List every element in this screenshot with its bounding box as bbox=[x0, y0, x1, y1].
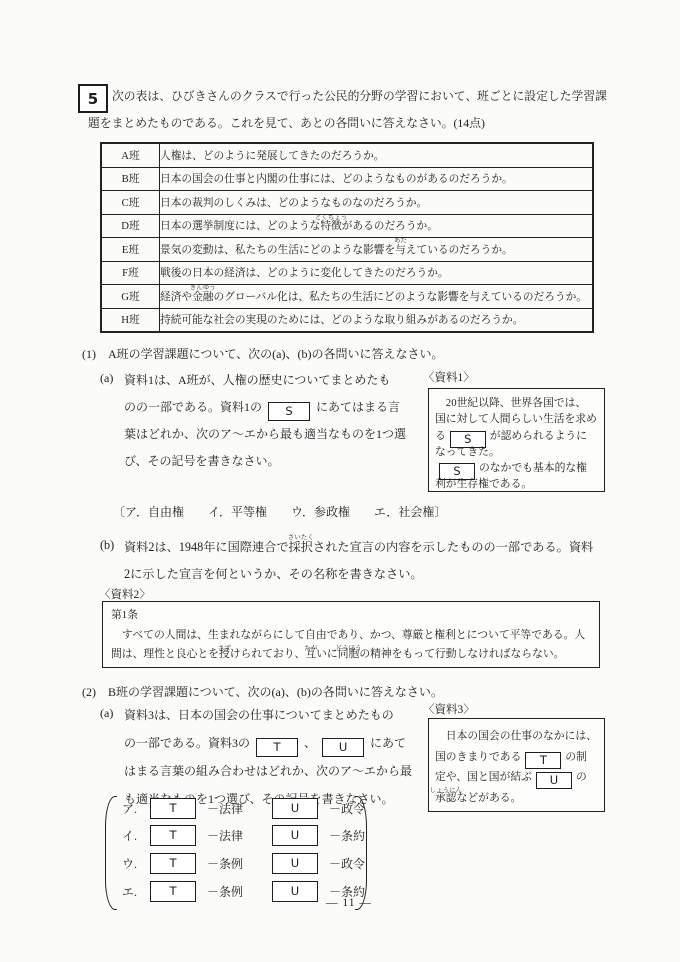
q1-heading: (1) A班の学習課題について、次の(a)、(b)の各問いに答えなさい。 bbox=[82, 345, 444, 362]
answer-letter-box: T bbox=[256, 738, 298, 757]
shiryo3-label: 〈資料3〉 bbox=[423, 701, 475, 717]
answer-letter-box-u: U bbox=[272, 825, 318, 846]
furigana: あた bbox=[394, 235, 407, 244]
shiryo3-line2: 国のきまりであるTの制 bbox=[435, 747, 598, 768]
topic-cell: 日本の裁判のしくみは、どのようなものなのだろうか。 bbox=[160, 191, 594, 215]
table-row: F班戦後の日本の経済は、どのように変化してきたのだろうか。 bbox=[101, 261, 593, 285]
q2-heading: (2) B班の学習課題について、次の(a)、(b)の各問いに答えなさい。 bbox=[82, 683, 443, 700]
answer-letter-box: S bbox=[268, 402, 310, 421]
answer-letter-box-u: U bbox=[272, 798, 318, 819]
ruby-text: 特徴とくちょう bbox=[320, 218, 341, 233]
question-number-box: 5 bbox=[78, 84, 108, 113]
page-number: — 11 — bbox=[326, 897, 372, 909]
study-topics-table: A班人権は、どのように発展してきたのだろうか。 B班日本の国会の仕事と内閣の仕事… bbox=[100, 142, 594, 333]
table-row: D班日本の選挙制度には、どのような特徴とくちょうがあるのだろうか。 bbox=[101, 214, 593, 238]
choice-label: エ. bbox=[122, 883, 137, 900]
choice-t-text: －条例 bbox=[207, 883, 243, 900]
shiryo2-line3: 間は、理性と良心とを授さずけられており、互たがいに同胞どうほうの精神をもって行動… bbox=[111, 645, 591, 665]
group-cell: G班 bbox=[101, 285, 160, 309]
furigana: しょうにん bbox=[430, 781, 463, 802]
choice-row-a: ア. T －法律 U －政令 bbox=[105, 798, 367, 822]
shiryo1-label: 〈資料1〉 bbox=[423, 369, 475, 385]
choice-u-text: －政令 bbox=[329, 855, 365, 872]
group-cell: E班 bbox=[101, 238, 160, 262]
ruby-text: 互たが bbox=[305, 645, 316, 665]
choice-u-text: －条約 bbox=[329, 827, 365, 844]
shiryo3-box: 日本の国会の仕事のなかには、 国のきまりであるTの制 定や、国と国が結ぶUの 承… bbox=[428, 718, 605, 812]
group-cell: F班 bbox=[101, 261, 160, 285]
choice-t-text: －法律 bbox=[207, 827, 243, 844]
answer-letter-box: U bbox=[536, 772, 572, 789]
q2a-line3: はまる言葉の組み合わせはどれか、次のア～エから最 bbox=[124, 762, 412, 779]
q1a-line4: び、その記号を書きなさい。 bbox=[124, 452, 280, 469]
exam-page: 5 次の表は、ひびきさんのクラスで行った公民的分野の学習において、班ごとに設定し… bbox=[0, 0, 680, 962]
ruby-text: 金融きんゆう bbox=[192, 289, 213, 304]
table-row: G班経済や金融きんゆうのグローバル化は、私たちの生活にどのような影響を与えている… bbox=[101, 285, 593, 309]
answer-letter-box: T bbox=[525, 752, 561, 769]
furigana: とくちょう bbox=[315, 212, 348, 221]
topic-cell: 人権は、どのように発展してきたのだろうか。 bbox=[160, 143, 594, 167]
furigana: さいたく bbox=[288, 532, 314, 541]
furigana: きんゆう bbox=[190, 282, 216, 291]
q1a-line2: のの一部である。資料1のSにあてはまる言 bbox=[124, 398, 400, 421]
choice-label: ウ. bbox=[122, 855, 137, 872]
answer-letter-box-t: T bbox=[150, 853, 196, 874]
shiryo1-line2: 国に対して人間らしい生活を求め bbox=[435, 411, 598, 427]
choice-row-u: ウ. T －条例 U －政令 bbox=[105, 853, 367, 877]
group-cell: B班 bbox=[101, 167, 160, 191]
table-row: B班日本の国会の仕事と内閣の仕事には、どのようなものがあるのだろうか。 bbox=[101, 167, 593, 191]
q2a-line2: の一部である。資料3のT、Uにあて bbox=[124, 734, 406, 757]
topic-cell: 景気の変動は、私たちの生活にどのような影響を与あたえているのだろうか。 bbox=[160, 238, 594, 262]
choice-u-text: －政令 bbox=[329, 800, 365, 817]
question-intro-line1: 次の表は、ひびきさんのクラスで行った公民的分野の学習において、班ごとに設定した学… bbox=[112, 87, 607, 104]
answer-letter-box-t: T bbox=[150, 798, 196, 819]
q1b-label: (b) bbox=[100, 538, 114, 553]
ruby-text: 承認しょうにん bbox=[435, 788, 457, 809]
answer-letter-box: U bbox=[322, 738, 364, 757]
table-row: E班景気の変動は、私たちの生活にどのような影響を与あたえているのだろうか。 bbox=[101, 238, 593, 262]
choice-label: ア. bbox=[122, 800, 137, 817]
furigana: さず bbox=[218, 639, 231, 659]
choice-row-i: イ. T －法律 U －条約 bbox=[105, 825, 367, 849]
topic-cell: 日本の選挙制度には、どのような特徴とくちょうがあるのだろうか。 bbox=[160, 214, 594, 238]
q1b-line1: 資料2は、1948年に国際連合で採択さいたくされた宣言の内容を示したものの一部で… bbox=[124, 538, 593, 555]
answer-letter-box-t: T bbox=[150, 825, 196, 846]
answer-letter-box-u: U bbox=[272, 853, 318, 874]
table-row: A班人権は、どのように発展してきたのだろうか。 bbox=[101, 143, 593, 167]
question-intro-line2: 題をまとめたものである。これを見て、あとの各問いに答えなさい。(14点) bbox=[88, 114, 485, 131]
q1a-label: (a) bbox=[100, 371, 113, 386]
q1a-line3: 葉はどれか、次のア～エから最も適当なものを1つ選 bbox=[124, 425, 406, 442]
question-number: 5 bbox=[88, 90, 98, 108]
table-row: C班日本の裁判のしくみは、どのようなものなのだろうか。 bbox=[101, 191, 593, 215]
q1a-options: 〔ア．自由権 イ．平等権 ウ．参政権 エ．社会権〕 bbox=[113, 503, 446, 520]
ruby-text: 同胞どうほう bbox=[338, 645, 360, 665]
group-cell: H班 bbox=[101, 308, 160, 332]
group-cell: D班 bbox=[101, 214, 160, 238]
q2a-line1: 資料3は、日本の国会の仕事についてまとめたもの bbox=[124, 706, 394, 723]
q1a-line1: 資料1は、A班が、人権の歴史についてまとめたも bbox=[124, 371, 390, 388]
shiryo3-line4: 承認しょうにんなどがある。 bbox=[435, 788, 598, 809]
topic-cell: 持続可能な社会の実現のためには、どのような取り組みがあるのだろうか。 bbox=[160, 308, 594, 332]
choice-label: イ. bbox=[122, 827, 137, 844]
q1b-line2: 2に示した宣言を何というか、その名称を書きなさい。 bbox=[124, 565, 423, 582]
q2a-choices: ア. T －法律 U －政令 イ. T －法律 U －条約 ウ. T －条例 U… bbox=[105, 796, 367, 912]
ruby-text: 授さず bbox=[219, 645, 230, 665]
topic-cell: 日本の国会の仕事と内閣の仕事には、どのようなものがあるのだろうか。 bbox=[160, 167, 594, 191]
shiryo3-line1: 日本の国会の仕事のなかには、 bbox=[435, 726, 598, 747]
group-cell: C班 bbox=[101, 191, 160, 215]
table-row: H班持続可能な社会の実現のためには、どのような取り組みがあるのだろうか。 bbox=[101, 308, 593, 332]
choice-t-text: －条例 bbox=[207, 855, 243, 872]
shiryo2-box: 第1条 すべての人間は、生まれながらにして自由であり、かつ、尊厳と権利とについて… bbox=[102, 601, 600, 668]
furigana: たが bbox=[304, 639, 317, 659]
shiryo1-line3: るSが認められるように bbox=[435, 428, 598, 444]
q2a-label: (a) bbox=[100, 706, 113, 721]
shiryo1-box: 20世紀以降、世界各国では、 国に対して人間らしい生活を求め るSが認められるよ… bbox=[428, 388, 605, 492]
ruby-text: 与あた bbox=[395, 242, 406, 257]
ruby-text: 採択さいたく bbox=[289, 538, 313, 555]
shiryo1-line4: なってきた。 bbox=[435, 444, 598, 460]
shiryo2-line1: 第1条 bbox=[111, 606, 591, 626]
shiryo1-line5: Sのなかでも基本的な権 bbox=[435, 460, 598, 476]
answer-letter-box-t: T bbox=[150, 881, 196, 902]
shiryo1-line1: 20世紀以降、世界各国では、 bbox=[435, 395, 598, 411]
topic-cell: 戦後の日本の経済は、どのように変化してきたのだろうか。 bbox=[160, 261, 594, 285]
group-cell: A班 bbox=[101, 143, 160, 167]
answer-letter-box-u: U bbox=[272, 881, 318, 902]
choice-t-text: －法律 bbox=[207, 800, 243, 817]
shiryo1-line6: 利が生存権である。 bbox=[435, 476, 598, 492]
furigana: どうほう bbox=[336, 639, 362, 659]
topic-cell: 経済や金融きんゆうのグローバル化は、私たちの生活にどのような影響を与えているのだ… bbox=[160, 285, 594, 309]
shiryo2-label: 〈資料2〉 bbox=[99, 586, 151, 602]
